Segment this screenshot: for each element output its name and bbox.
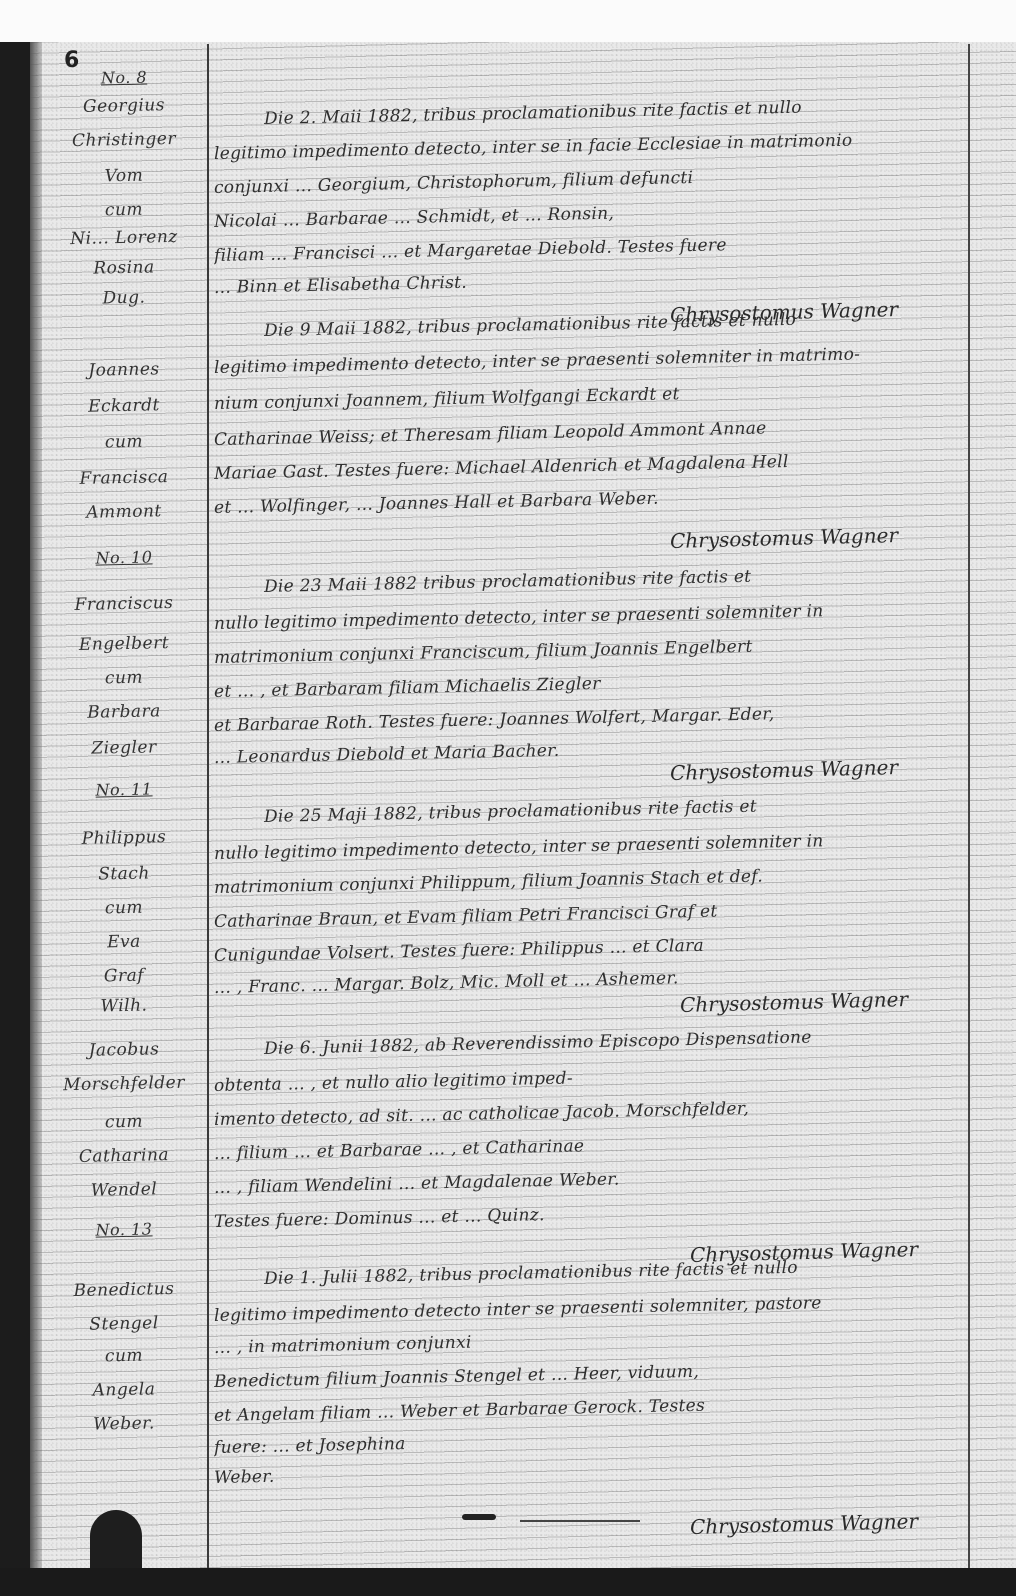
- margin-name: cum: [44, 1110, 204, 1133]
- margin-name: Christinger: [44, 128, 204, 151]
- ink-smudge: [462, 1514, 496, 1520]
- margin-name: Dug.: [44, 286, 204, 309]
- right-margin-rule: [968, 44, 970, 1568]
- margin-name: cum: [44, 666, 204, 689]
- margin-name: Angela: [44, 1378, 204, 1401]
- margin-name: Franciscus: [44, 592, 204, 615]
- margin-name: Ammont: [44, 500, 204, 523]
- entry-number: No. 8: [44, 66, 204, 88]
- margin-name: Ziegler: [44, 736, 204, 759]
- margin-name: Joannes: [44, 358, 204, 381]
- margin-name: Benedictus: [44, 1278, 204, 1301]
- margin-name: Barbara: [44, 700, 204, 723]
- margin-name: Stach: [44, 862, 204, 885]
- margin-name: cum: [44, 1344, 204, 1367]
- margin-name: Wilh.: [44, 994, 204, 1017]
- entry-number: No. 10: [44, 546, 204, 568]
- margin-name: Engelbert: [44, 632, 204, 655]
- margin-name: Rosina: [44, 256, 204, 279]
- margin-name: Eckardt: [44, 394, 204, 417]
- margin-name: Weber.: [44, 1412, 204, 1435]
- margin-name: Vom: [44, 164, 204, 187]
- margin-name: Morschfelder: [44, 1072, 204, 1095]
- margin-name: Ni... Lorenz: [44, 226, 204, 249]
- scan-top-margin: [0, 0, 1016, 42]
- margin-name: Georgius: [44, 94, 204, 117]
- margin-name: Wendel: [44, 1178, 204, 1201]
- margin-name: Francisca: [44, 466, 204, 489]
- margin-name: cum: [44, 430, 204, 453]
- margin-name: Stengel: [44, 1312, 204, 1335]
- entry-number: No. 13: [44, 1218, 204, 1240]
- margin-name: Jacobus: [44, 1038, 204, 1061]
- margin-column-rule: [207, 44, 209, 1568]
- scan-bottom-edge: [0, 1568, 1016, 1596]
- entry-number: No. 11: [44, 778, 204, 800]
- margin-name: cum: [44, 198, 204, 221]
- margin-name: Catharina: [44, 1144, 204, 1167]
- scan-left-edge: [0, 42, 30, 1596]
- margin-name: Eva: [44, 930, 204, 953]
- margin-name: cum: [44, 896, 204, 919]
- margin-name: Philippus: [44, 826, 204, 849]
- ink-stroke: [520, 1520, 640, 1522]
- scan-left-shadow: [30, 42, 42, 1596]
- margin-name: Graf: [44, 964, 204, 987]
